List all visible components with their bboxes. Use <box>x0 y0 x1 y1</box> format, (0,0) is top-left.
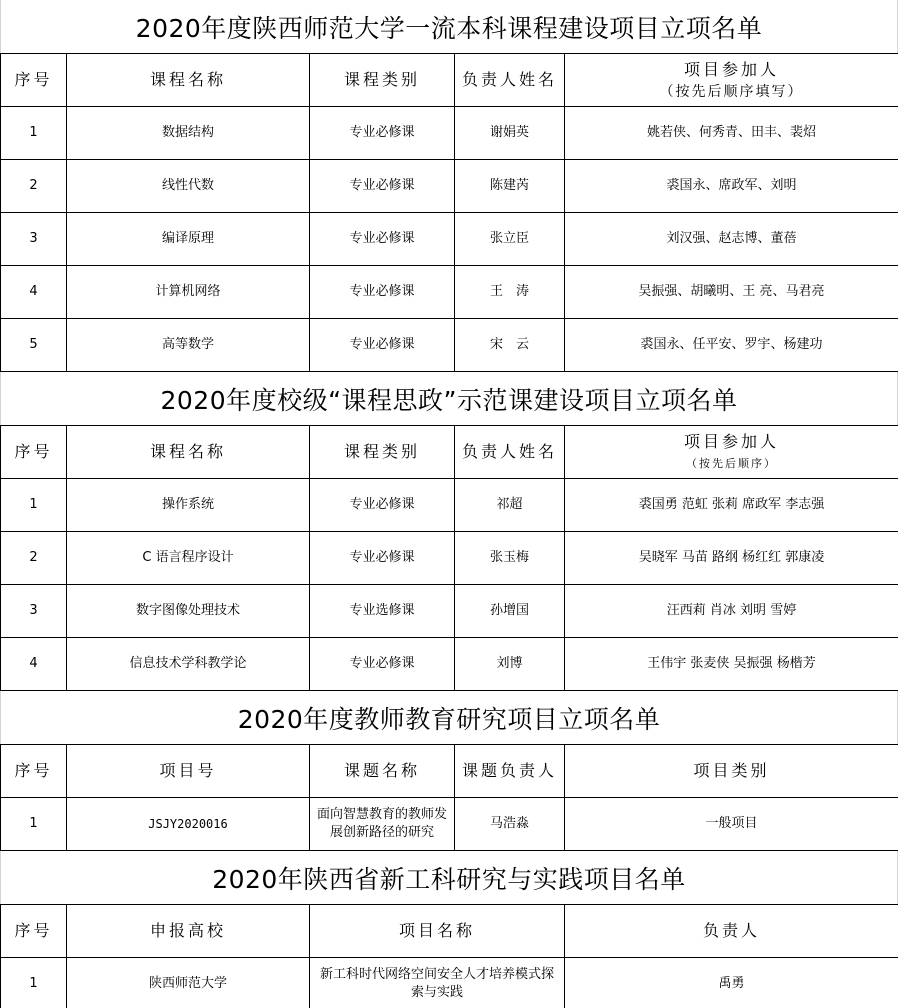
header-leader: 负责人 <box>565 905 898 958</box>
cell-course-name: C 语言程序设计 <box>67 532 310 585</box>
cell-course-type: 专业必修课 <box>310 107 455 160</box>
cell-leader: 禹勇 <box>565 958 898 1008</box>
cell-course-name: 计算机网络 <box>67 266 310 319</box>
cell-leader: 马浩淼 <box>455 798 565 851</box>
cell-course-type: 专业必修课 <box>310 479 455 532</box>
table-row: 1 数据结构 专业必修课 谢娟英 姚若侠、何秀青、田丰、裴炤 <box>1 107 898 160</box>
header-course-type: 课程类别 <box>310 426 455 479</box>
cell-no: 1 <box>1 479 67 532</box>
table-row: 3 数字图像处理技术 专业选修课 孙增国 汪西莉 肖冰 刘明 雪婷 <box>1 585 898 638</box>
table-row: 1 操作系统 专业必修课 祁超 裘国勇 范虹 张莉 席政军 李志强 <box>1 479 898 532</box>
header-members-label: 项目参加人 <box>684 60 779 79</box>
cell-course-type: 专业必修课 <box>310 532 455 585</box>
cell-no: 4 <box>1 266 67 319</box>
first-class-courses-table: 序号 课程名称 课程类别 负责人姓名 项目参加人 （按先后顺序填写） 1 数据结… <box>0 53 898 372</box>
section-title-text: 2020年陕西省新工科研究与实践项目名单 <box>212 860 686 896</box>
cell-members: 吴晓军 马苗 路纲 杨红红 郭康凌 <box>565 532 898 585</box>
cell-course-name: 编译原理 <box>67 213 310 266</box>
table-header-row: 序号 申报高校 项目名称 负责人 <box>1 905 898 958</box>
header-members: 项目参加人 （按先后顺序填写） <box>565 54 898 107</box>
cell-course-name: 线性代数 <box>67 160 310 213</box>
cell-course-type: 专业必修课 <box>310 213 455 266</box>
table-header-row: 序号 课程名称 课程类别 负责人姓名 项目参加人 （按先后顺序） <box>1 426 898 479</box>
table-row: 2 线性代数 专业必修课 陈建芮 裘国永、席政军、刘明 <box>1 160 898 213</box>
table-row: 3 编译原理 专业必修课 张立臣 刘汉强、赵志博、董蓓 <box>1 213 898 266</box>
header-topic-leader: 课题负责人 <box>455 745 565 798</box>
cell-leader: 张立臣 <box>455 213 565 266</box>
cell-category: 一般项目 <box>565 798 898 851</box>
header-leader: 负责人姓名 <box>455 54 565 107</box>
header-school: 申报高校 <box>67 905 310 958</box>
new-engineering-table: 序号 申报高校 项目名称 负责人 1 陕西师范大学 新工科时代网络空间安全人才培… <box>0 904 898 1008</box>
ideological-courses-table: 序号 课程名称 课程类别 负责人姓名 项目参加人 （按先后顺序） 1 操作系统 … <box>0 425 898 691</box>
table-header-row: 序号 项目号 课题名称 课题负责人 项目类别 <box>1 745 898 798</box>
header-project-name: 项目名称 <box>310 905 565 958</box>
table-row: 4 计算机网络 专业必修课 王 涛 吴振强、胡曦明、王 亮、马君亮 <box>1 266 898 319</box>
cell-leader: 孙增国 <box>455 585 565 638</box>
cell-leader: 陈建芮 <box>455 160 565 213</box>
header-category: 项目类别 <box>565 745 898 798</box>
header-no: 序号 <box>1 745 67 798</box>
cell-no: 1 <box>1 958 67 1008</box>
cell-course-name: 高等数学 <box>67 319 310 372</box>
cell-course-type: 专业选修课 <box>310 585 455 638</box>
cell-leader: 谢娟英 <box>455 107 565 160</box>
cell-no: 3 <box>1 585 67 638</box>
section-title-text: 2020年度陕西师范大学一流本科课程建设项目立项名单 <box>136 9 763 45</box>
table-header-row: 序号 课程名称 课程类别 负责人姓名 项目参加人 （按先后顺序填写） <box>1 54 898 107</box>
cell-members: 裘国勇 范虹 张莉 席政军 李志强 <box>565 479 898 532</box>
header-members: 项目参加人 （按先后顺序） <box>565 426 898 479</box>
header-members-note: （按先后顺序填写） <box>567 82 896 102</box>
cell-no: 2 <box>1 160 67 213</box>
section-title-text: 2020年度教师教育研究项目立项名单 <box>238 700 661 736</box>
section-title-teacher-education-research: 2020年度教师教育研究项目立项名单 <box>0 691 898 744</box>
header-members-label: 项目参加人 <box>684 432 779 451</box>
cell-leader: 刘博 <box>455 638 565 691</box>
cell-no: 4 <box>1 638 67 691</box>
table-row: 1 JSJY2020016 面向智慧教育的教师发展创新路径的研究 马浩淼 一般项… <box>1 798 898 851</box>
cell-members: 汪西莉 肖冰 刘明 雪婷 <box>565 585 898 638</box>
cell-leader: 张玉梅 <box>455 532 565 585</box>
teacher-education-research-table: 序号 项目号 课题名称 课题负责人 项目类别 1 JSJY2020016 面向智… <box>0 744 898 851</box>
cell-members: 裘国永、席政军、刘明 <box>565 160 898 213</box>
document-sheet: 2020年度陕西师范大学一流本科课程建设项目立项名单 序号 课程名称 课程类别 … <box>0 0 898 1008</box>
cell-no: 1 <box>1 107 67 160</box>
header-no: 序号 <box>1 54 67 107</box>
cell-course-type: 专业必修课 <box>310 160 455 213</box>
table-row: 4 信息技术学科教学论 专业必修课 刘博 王伟宇 张麦侠 吴振强 杨楷芳 <box>1 638 898 691</box>
header-leader: 负责人姓名 <box>455 426 565 479</box>
header-topic: 课题名称 <box>310 745 455 798</box>
header-members-note: （按先后顺序） <box>567 454 896 474</box>
cell-course-type: 专业必修课 <box>310 638 455 691</box>
section-title-text: 2020年度校级“课程思政”示范课建设项目立项名单 <box>160 381 737 417</box>
cell-members: 裘国永、任平安、罗宇、杨建功 <box>565 319 898 372</box>
section-title-new-engineering: 2020年陕西省新工科研究与实践项目名单 <box>0 851 898 904</box>
cell-no: 2 <box>1 532 67 585</box>
cell-leader: 王 涛 <box>455 266 565 319</box>
cell-project-id: JSJY2020016 <box>67 798 310 851</box>
cell-no: 1 <box>1 798 67 851</box>
header-course-name: 课程名称 <box>67 426 310 479</box>
header-no: 序号 <box>1 905 67 958</box>
table-row: 1 陕西师范大学 新工科时代网络空间安全人才培养模式探索与实践 禹勇 <box>1 958 898 1008</box>
header-course-type: 课程类别 <box>310 54 455 107</box>
cell-course-name: 数据结构 <box>67 107 310 160</box>
section-title-ideological-courses: 2020年度校级“课程思政”示范课建设项目立项名单 <box>0 372 898 425</box>
cell-members: 王伟宇 张麦侠 吴振强 杨楷芳 <box>565 638 898 691</box>
cell-members: 刘汉强、赵志博、董蓓 <box>565 213 898 266</box>
cell-course-name: 数字图像处理技术 <box>67 585 310 638</box>
cell-no: 3 <box>1 213 67 266</box>
cell-no: 5 <box>1 319 67 372</box>
cell-project-name: 新工科时代网络空间安全人才培养模式探索与实践 <box>310 958 565 1008</box>
cell-course-type: 专业必修课 <box>310 319 455 372</box>
cell-members: 吴振强、胡曦明、王 亮、马君亮 <box>565 266 898 319</box>
header-project-id: 项目号 <box>67 745 310 798</box>
table-row: 2 C 语言程序设计 专业必修课 张玉梅 吴晓军 马苗 路纲 杨红红 郭康凌 <box>1 532 898 585</box>
section-title-first-class-courses: 2020年度陕西师范大学一流本科课程建设项目立项名单 <box>0 0 898 53</box>
cell-leader: 祁超 <box>455 479 565 532</box>
table-row: 5 高等数学 专业必修课 宋 云 裘国永、任平安、罗宇、杨建功 <box>1 319 898 372</box>
header-course-name: 课程名称 <box>67 54 310 107</box>
cell-school: 陕西师范大学 <box>67 958 310 1008</box>
cell-topic: 面向智慧教育的教师发展创新路径的研究 <box>310 798 455 851</box>
cell-course-name: 信息技术学科教学论 <box>67 638 310 691</box>
header-no: 序号 <box>1 426 67 479</box>
cell-course-name: 操作系统 <box>67 479 310 532</box>
cell-course-type: 专业必修课 <box>310 266 455 319</box>
cell-members: 姚若侠、何秀青、田丰、裴炤 <box>565 107 898 160</box>
cell-leader: 宋 云 <box>455 319 565 372</box>
